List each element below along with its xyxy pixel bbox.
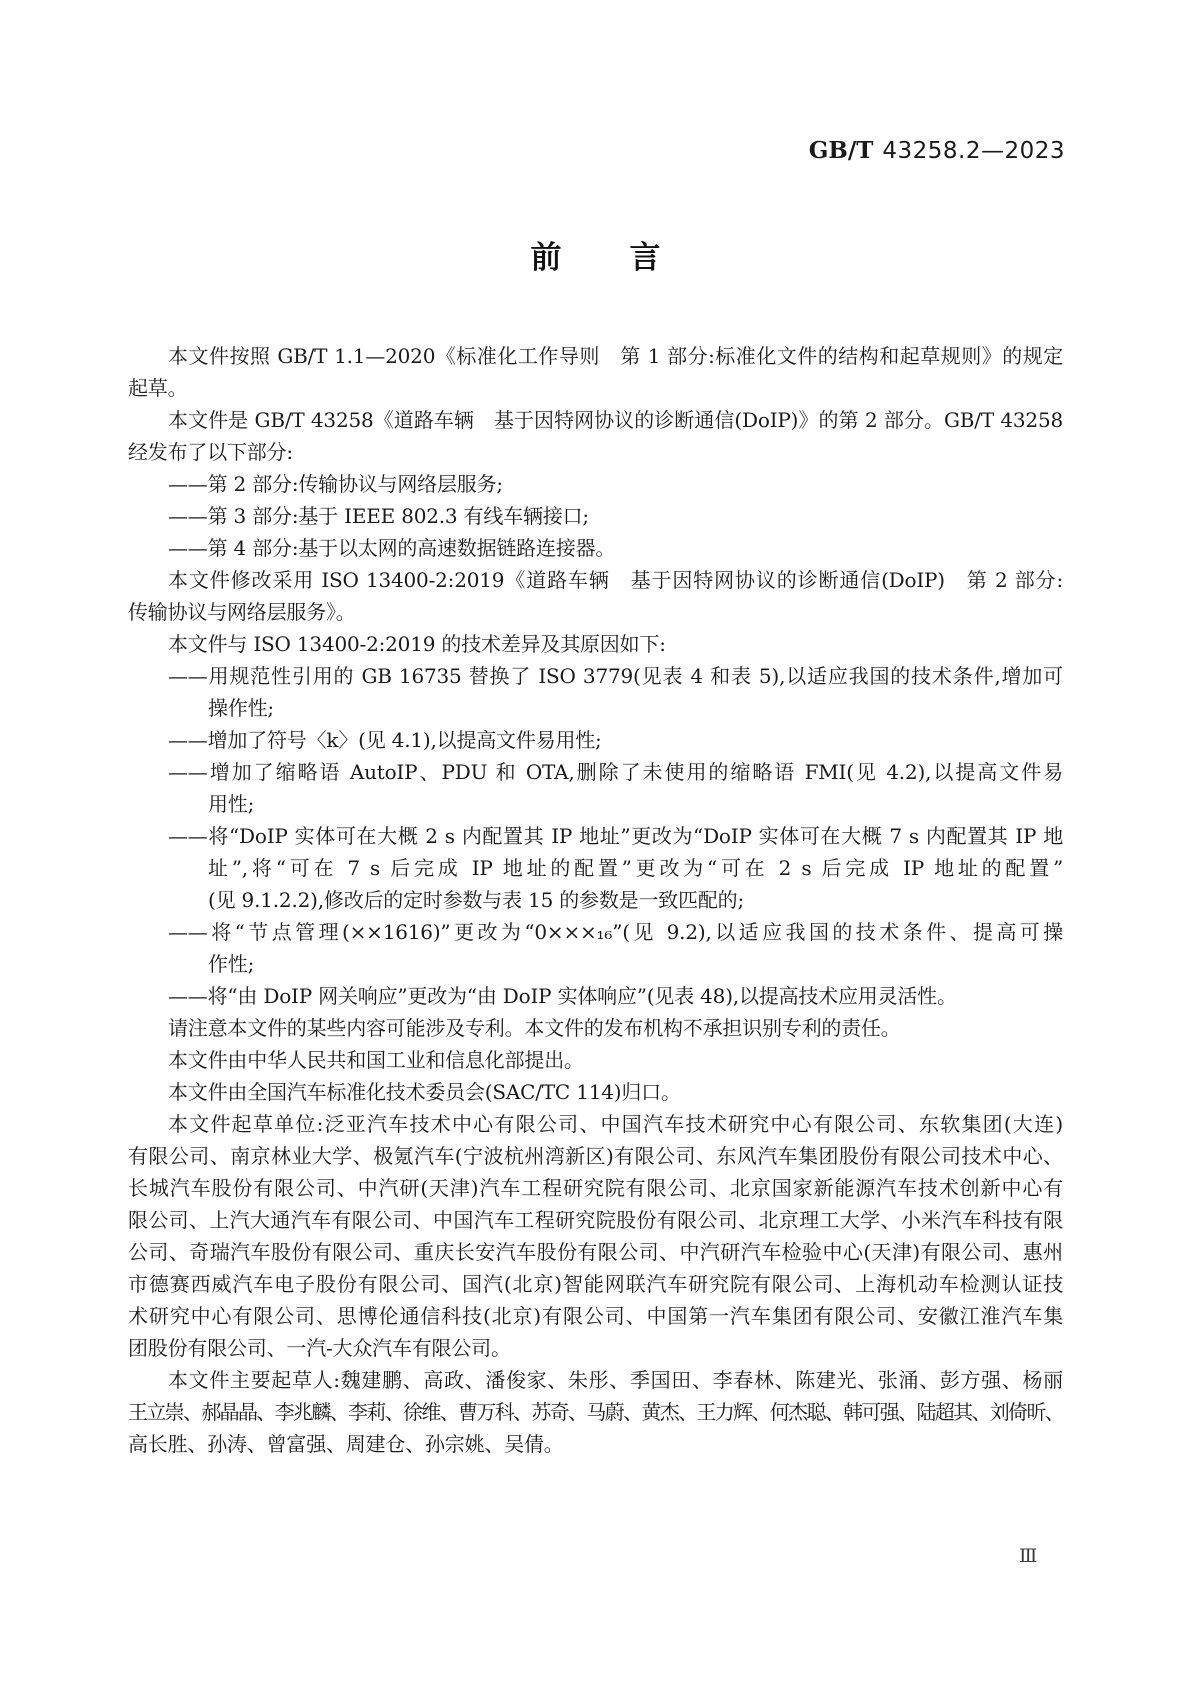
body-line-list-item: 操作性; — [128, 692, 1063, 724]
body-line-list-item: ——将“DoIP 实体可在大概 2 s 内配置其 IP 地址”更改为“DoIP … — [128, 820, 1063, 852]
title-char-left: 前 — [531, 243, 562, 274]
body-line-list-item: 作性; — [128, 948, 1063, 980]
body-line-list-item: ——将“由 DoIP 网关响应”更改为“由 DoIP 实体响应”(见表 48),… — [128, 980, 1063, 1012]
body-line-list-item: ——第 2 部分:传输协议与网络层服务; — [128, 468, 1063, 500]
body-line: 本文件由中华人民共和国工业和信息化部提出。 — [128, 1044, 1063, 1076]
body-line: 本文件与 ISO 13400-2:2019 的技术差异及其原因如下: — [128, 628, 1063, 660]
page-number: Ⅲ — [1019, 1545, 1037, 1567]
standard-number: GB/T43258.2—2023 — [809, 139, 1065, 163]
body-line: 本文件起草单位:泛亚汽车技术中心有限公司、中国汽车技术研究中心有限公司、东软集团… — [128, 1108, 1063, 1140]
body-line: 本文件主要起草人:魏建鹏、高政、潘俊家、朱彤、季国田、李春林、陈建光、张涌、彭方… — [128, 1364, 1063, 1396]
standard-code-prefix: GB/T — [809, 137, 874, 164]
body-line: 长城汽车股份有限公司、中汽研(天津)汽车工程研究院有限公司、北京国家新能源汽车技… — [128, 1172, 1063, 1204]
body-line: 传输协议与网络层服务》。 — [128, 596, 1063, 628]
body-line: 限公司、上汽大通汽车有限公司、中国汽车工程研究院股份有限公司、北京理工大学、小米… — [128, 1204, 1063, 1236]
body-line: 有限公司、南京林业大学、极氪汽车(宁波杭州湾新区)有限公司、东风汽车集团股份有限… — [128, 1140, 1063, 1172]
body-line: 公司、奇瑞汽车股份有限公司、重庆长安汽车股份有限公司、中汽研汽车检验中心(天津)… — [128, 1236, 1063, 1268]
body-line: 市德赛西威汽车电子股份有限公司、国汽(北京)智能网联汽车研究院有限公司、上海机动… — [128, 1268, 1063, 1300]
body-line: 经发布了以下部分: — [128, 436, 1063, 468]
body-line: 本文件修改采用 ISO 13400-2:2019《道路车辆 基于因特网协议的诊断… — [128, 564, 1063, 596]
body-line-list-item: 址”,将“可在 7 s 后完成 IP 地址的配置”更改为“可在 2 s 后完成 … — [128, 852, 1063, 884]
page-title: 前 言 — [0, 243, 1191, 274]
body-line-list-item: ——将“节点管理(××1616)”更改为“0×××₁₆”(见 9.2),以适应我… — [128, 916, 1063, 948]
body-line-list-item: ——增加了符号〈k〉(见 4.1),以提高文件易用性; — [128, 724, 1063, 756]
title-char-right: 言 — [630, 243, 661, 274]
body-line-list-item: ——第 4 部分:基于以太网的高速数据链路连接器。 — [128, 532, 1063, 564]
standard-code-number: 43258.2—2023 — [882, 138, 1065, 164]
foreword-body: 本文件按照 GB/T 1.1—2020《标准化工作导则 第 1 部分:标准化文件… — [128, 340, 1063, 1460]
body-line: 团股份有限公司、一汽-大众汽车有限公司。 — [128, 1332, 1063, 1364]
body-line: 请注意本文件的某些内容可能涉及专利。本文件的发布机构不承担识别专利的责任。 — [128, 1012, 1063, 1044]
body-line-list-item: 用性; — [128, 788, 1063, 820]
body-line-list-item: ——第 3 部分:基于 IEEE 802.3 有线车辆接口; — [128, 500, 1063, 532]
body-line: 本文件由全国汽车标准化技术委员会(SAC/TC 114)归口。 — [128, 1076, 1063, 1108]
body-line-list-item: ——用规范性引用的 GB 16735 替换了 ISO 3779(见表 4 和表 … — [128, 660, 1063, 692]
body-line-list-item: (见 9.1.2.2),修改后的定时参数与表 15 的参数是一致匹配的; — [128, 884, 1063, 916]
body-line: 高长胜、孙涛、曾富强、周建仓、孙宗姚、吴倩。 — [128, 1428, 1063, 1460]
document-page: GB/T43258.2—2023 前 言 本文件按照 GB/T 1.1—2020… — [0, 0, 1191, 1685]
body-line: 本文件按照 GB/T 1.1—2020《标准化工作导则 第 1 部分:标准化文件… — [128, 340, 1063, 372]
body-line: 起草。 — [128, 372, 1063, 404]
body-line: 术研究中心有限公司、思博伦通信科技(北京)有限公司、中国第一汽车集团有限公司、安… — [128, 1300, 1063, 1332]
body-line: 王立崇、郝晶晶、李兆麟、李莉、徐维、曹万科、苏奇、马蔚、黄杰、王力辉、何杰聪、韩… — [128, 1396, 1063, 1428]
body-line-list-item: ——增加了缩略语 AutoIP、PDU 和 OTA,删除了未使用的缩略语 FMI… — [128, 756, 1063, 788]
body-line: 本文件是 GB/T 43258《道路车辆 基于因特网协议的诊断通信(DoIP)》… — [128, 404, 1063, 436]
